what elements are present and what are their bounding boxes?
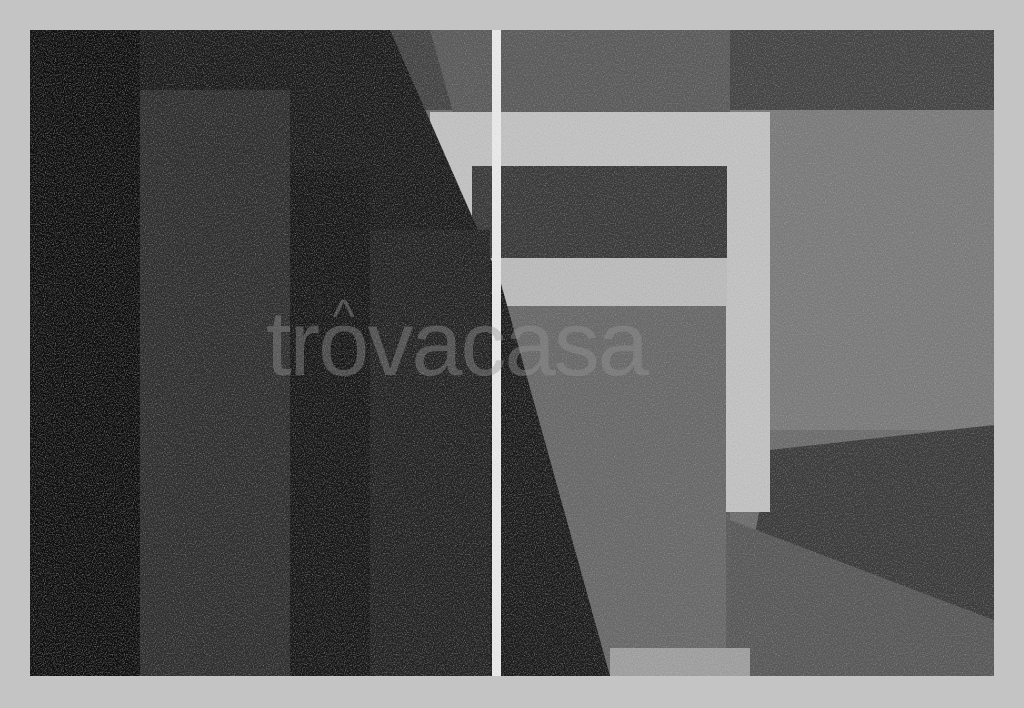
listing-photo: tr^ovacasa (30, 30, 994, 676)
building-photo (30, 30, 994, 676)
